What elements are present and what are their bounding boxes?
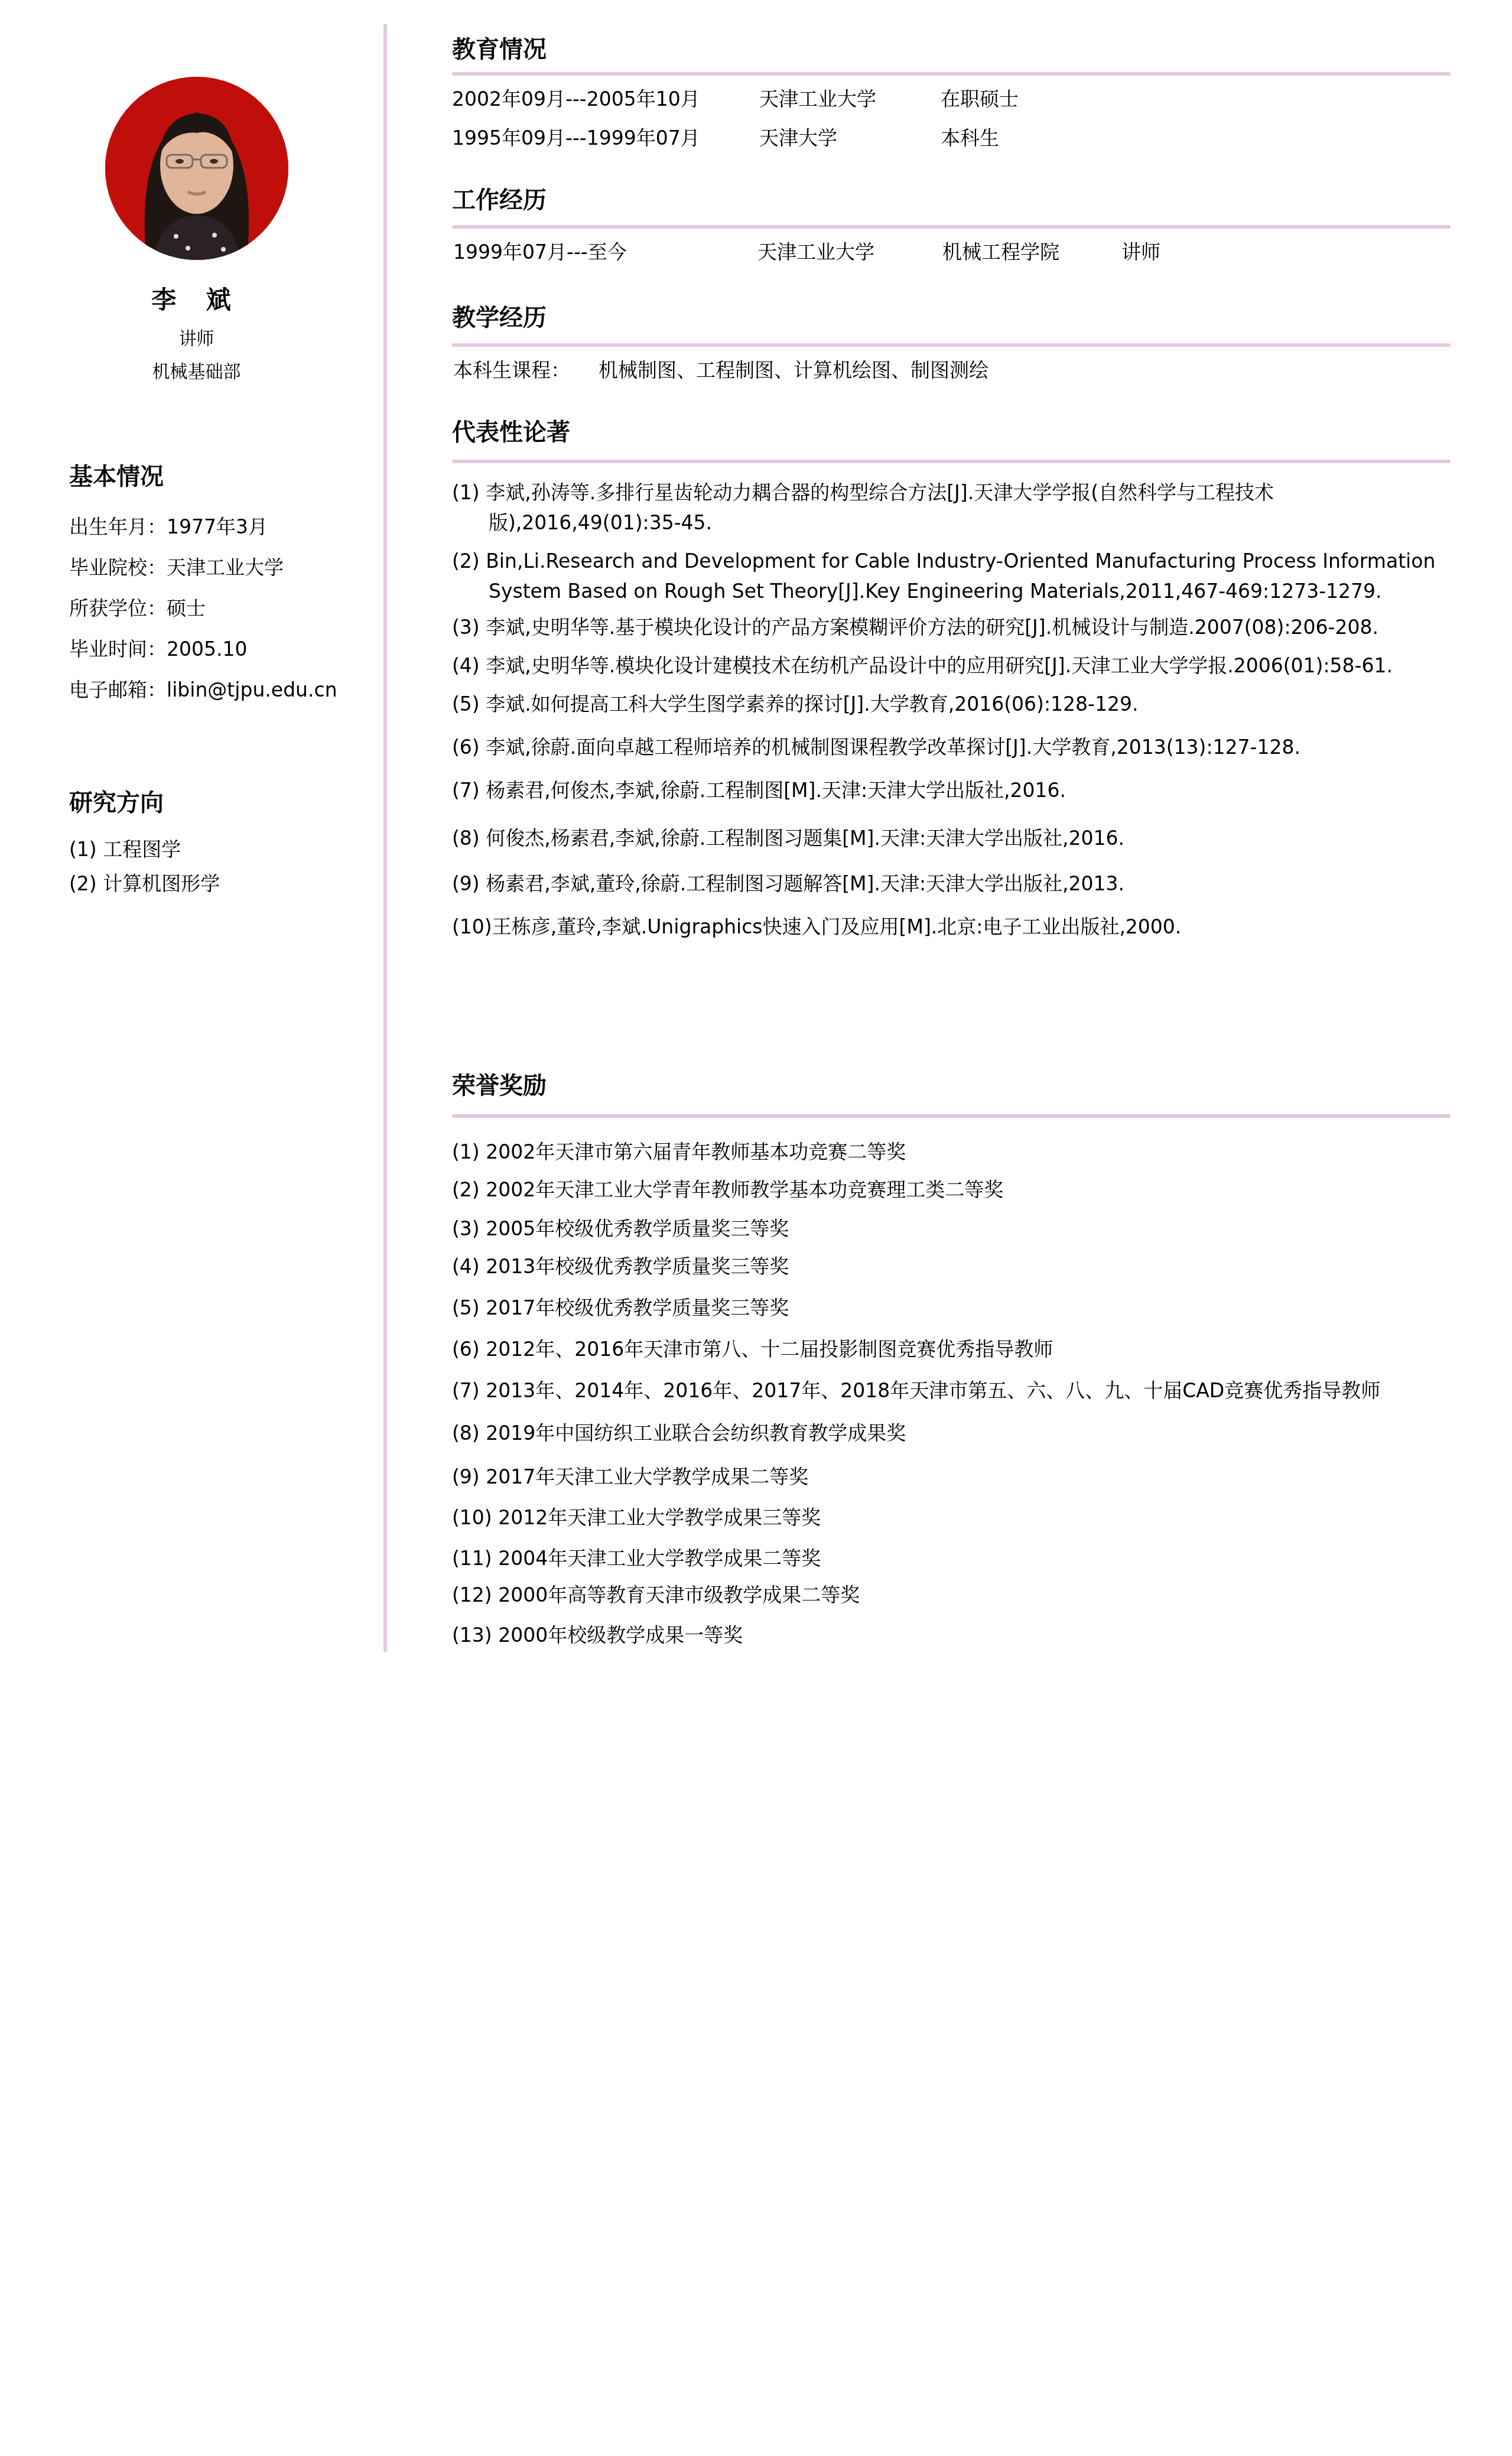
- section-divider: [452, 72, 1451, 76]
- info-label: 毕业院校：: [69, 552, 167, 580]
- section-divider: [452, 225, 1451, 229]
- education-section: 教育情况 2002年09月---2005年10月 天津工业大学 在职硕士 199…: [452, 34, 1454, 162]
- info-row-graduation: 毕业时间：2005.10: [69, 634, 337, 675]
- edu-degree: 在职硕士: [941, 84, 1019, 112]
- info-row-birth: 出生年月：1977年3月: [69, 512, 337, 552]
- person-department: 机械基础部: [0, 357, 393, 383]
- person-title: 讲师: [0, 324, 393, 350]
- publication-item: (5) 李斌.如何提高工科大学生图学素养的探讨[J].大学教育,2016(06)…: [452, 689, 1458, 719]
- teaching-courses: 机械制图、工程制图、计算机绘图、制图测绘: [599, 355, 989, 383]
- section-divider: [452, 1114, 1451, 1118]
- research-list: (1) 工程图学 (2) 计算机图形学: [69, 834, 220, 903]
- info-label: 电子邮箱：: [69, 675, 167, 702]
- publication-item: (4) 李斌,史明华等.模块化设计建模技术在纺机产品设计中的应用研究[J].天津…: [452, 650, 1458, 681]
- award-item: (5) 2017年校级优秀教学质量奖三等奖: [452, 1293, 1454, 1334]
- publications-section: 代表性论著 (1) 李斌,孙涛等.多排行星齿轮动力耦合器的构型综合方法[J].天…: [452, 417, 1454, 942]
- award-item: (1) 2002年天津市第六届青年教师基本功竞赛二等奖: [452, 1137, 1454, 1175]
- publication-item: (1) 李斌,孙涛等.多排行星齿轮动力耦合器的构型综合方法[J].天津大学学报(…: [452, 477, 1458, 538]
- research-item: (2) 计算机图形学: [69, 868, 220, 903]
- publication-item: (3) 李斌,史明华等.基于模块化设计的产品方案模糊评价方法的研究[J].机械设…: [452, 612, 1458, 642]
- info-label: 出生年月：: [69, 512, 167, 539]
- awards-heading: 荣誉奖励: [452, 1071, 1454, 1101]
- award-item: (11) 2004年天津工业大学教学成果二等奖: [452, 1543, 1454, 1580]
- award-item: (12) 2000年高等教育天津市级教学成果二等奖: [452, 1580, 1454, 1620]
- publication-item: (7) 杨素君,何俊杰,李斌,徐蔚.工程制图[M].天津:天津大学出版社,201…: [452, 775, 1458, 805]
- edu-degree: 本科生: [941, 123, 999, 151]
- publication-item: (2) Bin,Li.Research and Development for …: [452, 546, 1458, 606]
- edu-period: 1995年09月---1999年07月: [452, 123, 700, 151]
- award-item: (6) 2012年、2016年天津市第八、十二届投影制图竞赛优秀指导教师: [452, 1334, 1454, 1375]
- teaching-label: 本科生课程：: [453, 355, 570, 383]
- award-item: (4) 2013年校级优秀教学质量奖三等奖: [452, 1251, 1454, 1293]
- section-divider: [452, 460, 1451, 463]
- avatar: [105, 77, 288, 260]
- teaching-section: 教学经历 本科生课程： 机械制图、工程制图、计算机绘图、制图测绘: [452, 302, 1454, 394]
- award-item: (3) 2005年校级优秀教学质量奖三等奖: [452, 1214, 1454, 1251]
- work-position: 讲师: [1121, 237, 1160, 265]
- research-item: (1) 工程图学: [69, 834, 220, 868]
- info-row-school: 毕业院校：天津工业大学: [69, 552, 337, 593]
- publication-item: (10)王栋彦,董玲,李斌.Unigraphics快速入门及应用[M].北京:电…: [452, 912, 1458, 942]
- education-row: 1995年09月---1999年07月 天津大学 本科生: [452, 123, 1454, 162]
- info-value: 1977年3月: [167, 515, 268, 538]
- info-label: 毕业时间：: [69, 634, 167, 662]
- education-row: 2002年09月---2005年10月 天津工业大学 在职硕士: [452, 84, 1454, 123]
- vertical-divider: [383, 24, 387, 1652]
- teaching-heading: 教学经历: [452, 302, 1454, 333]
- edu-school: 天津大学: [759, 123, 837, 151]
- award-item: (9) 2017年天津工业大学教学成果二等奖: [452, 1462, 1454, 1502]
- info-value: 天津工业大学: [167, 556, 284, 579]
- publication-item: (6) 李斌,徐蔚.面向卓越工程师培养的机械制图课程教学改革探讨[J].大学教育…: [452, 732, 1458, 762]
- work-dept: 机械工程学院: [942, 237, 1059, 265]
- teaching-row: 本科生课程： 机械制图、工程制图、计算机绘图、制图测绘: [452, 355, 1454, 394]
- info-value: 2005.10: [167, 637, 247, 661]
- basic-info-list: 出生年月：1977年3月 毕业院校：天津工业大学 所获学位：硕士 毕业时间：20…: [69, 512, 337, 715]
- person-name: 李 斌: [0, 281, 393, 316]
- info-row-degree: 所获学位：硕士: [69, 593, 337, 634]
- award-item: (8) 2019年中国纺织工业联合会纺织教育教学成果奖: [452, 1418, 1454, 1462]
- portrait-photo-icon: [105, 77, 288, 260]
- edu-period: 2002年09月---2005年10月: [452, 84, 700, 112]
- award-item: (2) 2002年天津工业大学青年教师教学基本功竞赛理工类二等奖: [452, 1175, 1454, 1214]
- email-link[interactable]: libin@tjpu.edu.cn: [167, 678, 337, 701]
- work-heading: 工作经历: [452, 185, 1454, 216]
- info-row-email: 电子邮箱：libin@tjpu.edu.cn: [69, 675, 337, 715]
- work-org: 天津工业大学: [757, 237, 874, 265]
- work-row: 1999年07月---至今 天津工业大学 机械工程学院 讲师: [452, 237, 1454, 276]
- award-item: (13) 2000年校级教学成果一等奖: [452, 1620, 1454, 1658]
- publications-heading: 代表性论著: [452, 417, 1454, 448]
- edu-school: 天津工业大学: [759, 84, 876, 112]
- award-item: (7) 2013年、2014年、2016年、2017年、2018年天津市第五、六…: [452, 1375, 1454, 1418]
- publication-item: (9) 杨素君,李斌,董玲,徐蔚.工程制图习题解答[M].天津:天津大学出版社,…: [452, 868, 1458, 899]
- info-value: 硕士: [167, 597, 206, 620]
- award-item: (10) 2012年天津工业大学教学成果三等奖: [452, 1502, 1454, 1543]
- awards-list: (1) 2002年天津市第六届青年教师基本功竞赛二等奖 (2) 2002年天津工…: [452, 1137, 1454, 1658]
- awards-section: 荣誉奖励 (1) 2002年天津市第六届青年教师基本功竞赛二等奖 (2) 200…: [452, 1071, 1454, 1658]
- publications-list: (1) 李斌,孙涛等.多排行星齿轮动力耦合器的构型综合方法[J].天津大学学报(…: [452, 477, 1454, 942]
- info-label: 所获学位：: [69, 593, 167, 621]
- research-heading: 研究方向: [69, 784, 164, 818]
- work-section: 工作经历 1999年07月---至今 天津工业大学 机械工程学院 讲师: [452, 185, 1454, 276]
- work-period: 1999年07月---至今: [453, 237, 627, 265]
- section-divider: [452, 343, 1451, 347]
- basic-info-heading: 基本情况: [69, 458, 164, 492]
- publication-item: (8) 何俊杰,杨素君,李斌,徐蔚.工程制图习题集[M].天津:天津大学出版社,…: [452, 823, 1458, 853]
- education-heading: 教育情况: [452, 34, 1454, 65]
